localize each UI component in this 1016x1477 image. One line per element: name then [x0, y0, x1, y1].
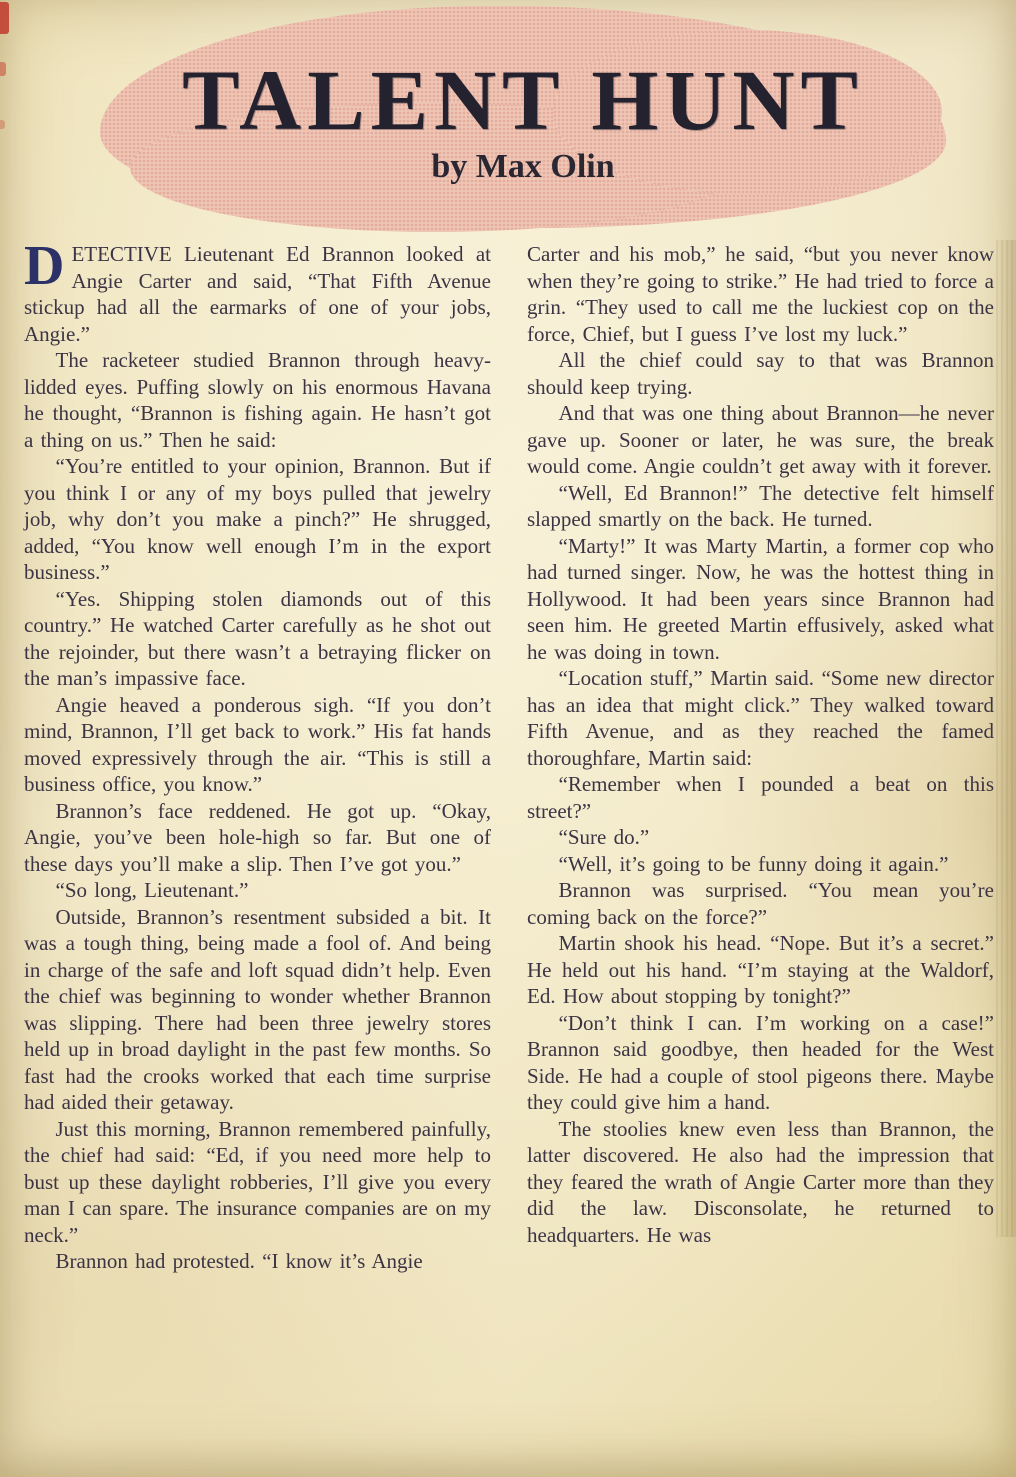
- story-paragraph: The racketeer studied Brannon through he…: [24, 347, 491, 453]
- page-edge-red-mark: [0, 2, 9, 34]
- story-paragraph: “Don’t think I can. I’m working on a cas…: [527, 1010, 994, 1116]
- story-paragraph: Carter and his mob,” he said, “but you n…: [527, 241, 994, 347]
- story-paragraph: “Well, Ed Brannon!” The detective felt h…: [527, 480, 994, 533]
- page-edge-red-mark: [0, 62, 6, 76]
- magazine-page: TALENT HUNT by Max Olin DETECTIVE Lieute…: [0, 0, 1016, 1477]
- title-banner: TALENT HUNT by Max Olin: [100, 6, 946, 228]
- story-paragraph: Angie heaved a ponderous sigh. “If you d…: [24, 692, 491, 798]
- story-paragraph: And that was one thing about Brannon—he …: [527, 400, 994, 480]
- title-banner-content: TALENT HUNT by Max Olin: [100, 6, 946, 228]
- story-paragraph: DETECTIVE Lieutenant Ed Brannon looked a…: [24, 241, 491, 347]
- story-paragraph: “Well, it’s going to be funny doing it a…: [527, 851, 994, 878]
- story-byline: by Max Olin: [100, 148, 946, 186]
- story-paragraph: Just this morning, Brannon remembered pa…: [24, 1116, 491, 1249]
- story-paragraph: The stoolies knew even less than Brannon…: [527, 1116, 994, 1249]
- story-paragraph: “Sure do.”: [527, 824, 994, 851]
- story-paragraph: “You’re entitled to your opinion, Branno…: [24, 453, 491, 586]
- story-paragraph: “Marty!” It was Marty Martin, a former c…: [527, 533, 994, 666]
- drop-cap: D: [24, 241, 71, 288]
- page-edge-texture: [996, 240, 1016, 1237]
- story-paragraph: Brannon’s face reddened. He got up. “Oka…: [24, 798, 491, 878]
- paragraph-text: ETECTIVE Lieutenant Ed Brannon looked at…: [24, 242, 491, 346]
- story-title: TALENT HUNT: [100, 6, 946, 146]
- story-paragraph: “Location stuff,” Martin said. “Some new…: [527, 665, 994, 771]
- story-paragraph: “So long, Lieutenant.”: [24, 877, 491, 904]
- story-paragraph: Martin shook his head. “Nope. But it’s a…: [527, 930, 994, 1010]
- story-paragraph: Outside, Brannon’s resentment subsided a…: [24, 904, 491, 1116]
- story-column-right: Carter and his mob,” he said, “but you n…: [527, 241, 994, 1467]
- story-columns: DETECTIVE Lieutenant Ed Brannon looked a…: [24, 241, 994, 1467]
- page-edge-red-mark: [0, 120, 5, 129]
- story-paragraph: Brannon was surprised. “You mean you’re …: [527, 877, 994, 930]
- story-paragraph: “Yes. Shipping stolen diamonds out of th…: [24, 586, 491, 692]
- story-column-left: DETECTIVE Lieutenant Ed Brannon looked a…: [24, 241, 491, 1467]
- story-paragraph: “Remember when I pounded a beat on this …: [527, 771, 994, 824]
- story-paragraph: All the chief could say to that was Bran…: [527, 347, 994, 400]
- story-paragraph: Brannon had protested. “I know it’s Angi…: [24, 1248, 491, 1275]
